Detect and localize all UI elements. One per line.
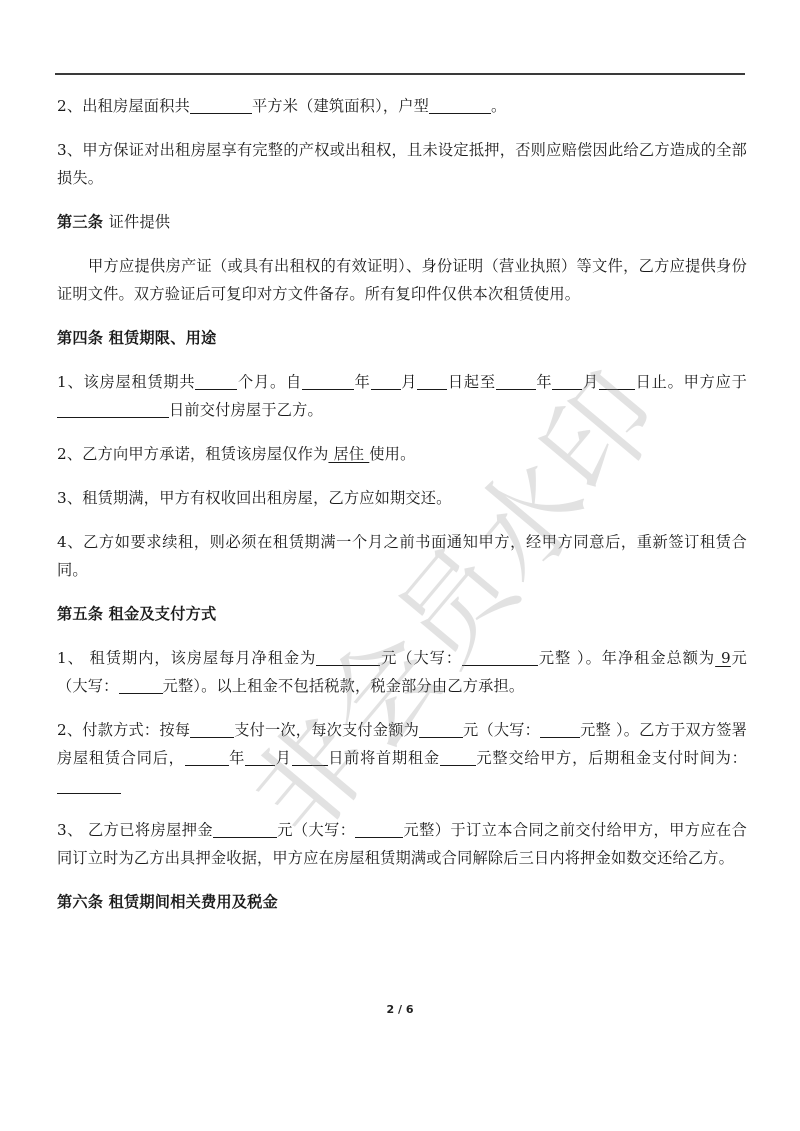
end-day-blank[interactable] bbox=[599, 371, 635, 390]
article4-heading: 第四条 租赁期限、用途 bbox=[57, 324, 747, 352]
start-month-blank[interactable] bbox=[371, 371, 401, 390]
document-page: 2、出租房屋面积共平方米（建筑面积），户型。 3、甲方保证对出租房屋享有完整的产… bbox=[0, 0, 800, 1131]
article6-heading: 第六条 租赁期间相关费用及税金 bbox=[57, 888, 747, 916]
text: 使用。 bbox=[369, 445, 415, 463]
article3-heading: 第三条 证件提供 bbox=[57, 208, 747, 236]
text: 2、出租房屋面积共 bbox=[57, 97, 190, 115]
start-year-blank[interactable] bbox=[302, 371, 354, 390]
article4-item3: 3、租赁期满，甲方有权收回出租房屋，乙方应如期交还。 bbox=[57, 484, 747, 512]
end-month-blank[interactable] bbox=[552, 371, 582, 390]
article4-item2: 2、乙方向甲方承诺，租赁该房屋仅作为 居住 使用。 bbox=[57, 440, 747, 468]
deposit-blank[interactable] bbox=[213, 819, 277, 838]
article4-item1: 1、该房屋租赁期共个月。自年月日起至年月日止。甲方应于日前交付房屋于乙方。 bbox=[57, 368, 747, 424]
text: 元（大写： bbox=[380, 649, 462, 667]
text: 日止。甲方应于 bbox=[635, 373, 747, 391]
text: 日前交付房屋于乙方。 bbox=[169, 401, 323, 419]
first-payment-amount-blank[interactable] bbox=[440, 747, 476, 766]
text: 个月。自 bbox=[237, 373, 302, 391]
text: 1、该房屋租赁期共 bbox=[57, 373, 195, 391]
later-payment-time-blank[interactable] bbox=[57, 775, 121, 794]
text: 日起至 bbox=[447, 373, 496, 391]
article5-item2: 2、付款方式：按每支付一次，每次支付金额为元（大写：元整 ）。乙方于双方签署房屋… bbox=[57, 716, 747, 800]
text: 年 bbox=[354, 373, 371, 391]
page-indicator: 2 / 6 bbox=[0, 1003, 800, 1016]
header-rule bbox=[55, 73, 745, 75]
payment-amount-blank[interactable] bbox=[419, 719, 463, 738]
deposit-words-blank[interactable] bbox=[355, 819, 403, 838]
article5-heading: 第五条 租金及支付方式 bbox=[57, 600, 747, 628]
article3-body: 甲方应提供房产证（或具有出租权的有效证明）、身份证明（营业执照）等文件，乙方应提… bbox=[57, 252, 747, 308]
text: 1、 租赁期内，该房屋每月净租金为 bbox=[57, 649, 316, 667]
article4-item4: 4、乙方如要求续租，则必须在租赁期满一个月之前书面通知甲方，经甲方同意后，重新签… bbox=[57, 528, 747, 584]
article2-item2: 2、出租房屋面积共平方米（建筑面积），户型。 bbox=[57, 92, 747, 120]
text: 月 bbox=[275, 749, 292, 767]
text: 2、乙方向甲方承诺，租赁该房屋仅作为 bbox=[57, 445, 328, 463]
monthly-rent-blank[interactable] bbox=[316, 647, 380, 666]
document-content: 2、出租房屋面积共平方米（建筑面积），户型。 3、甲方保证对出租房屋享有完整的产… bbox=[57, 92, 747, 932]
payment-period-blank[interactable] bbox=[190, 719, 234, 738]
text: 月 bbox=[582, 373, 599, 391]
text: 。 bbox=[491, 97, 506, 115]
text: 元整交给甲方，后期租金支付时间为： bbox=[476, 749, 747, 767]
article-number: 第三条 bbox=[57, 213, 103, 231]
text: 平方米（建筑面积），户型 bbox=[252, 97, 429, 115]
start-day-blank[interactable] bbox=[417, 371, 447, 390]
text: 元（大写： bbox=[277, 821, 355, 839]
area-blank[interactable] bbox=[190, 95, 252, 114]
first-payment-month-blank[interactable] bbox=[245, 747, 275, 766]
text: 年 bbox=[536, 373, 553, 391]
first-payment-year-blank[interactable] bbox=[185, 747, 229, 766]
text: 3、 乙方已将房屋押金 bbox=[57, 821, 213, 839]
layout-type-blank[interactable] bbox=[429, 95, 491, 114]
article-title: 证件提供 bbox=[109, 213, 171, 231]
lease-months-blank[interactable] bbox=[195, 371, 237, 390]
text: 支付一次，每次支付金额为 bbox=[234, 721, 419, 739]
first-payment-day-blank[interactable] bbox=[292, 747, 328, 766]
annual-rent-words-blank[interactable] bbox=[119, 675, 163, 694]
delivery-date-blank[interactable] bbox=[57, 399, 169, 418]
text: 年 bbox=[229, 749, 246, 767]
text: 月 bbox=[401, 373, 418, 391]
text: 元整）。以上租金不包括税款，税金部分由乙方承担。 bbox=[163, 677, 525, 695]
article2-item3: 3、甲方保证对出租房屋享有完整的产权或出租权，且未设定抵押，否则应赔偿因此给乙方… bbox=[57, 136, 747, 192]
end-year-blank[interactable] bbox=[496, 371, 536, 390]
article5-item3: 3、 乙方已将房屋押金元（大写：元整）于订立本合同之前交付给甲方，甲方应在合同订… bbox=[57, 816, 747, 872]
usage-field[interactable]: 居住 bbox=[328, 445, 369, 463]
text: 2、付款方式：按每 bbox=[57, 721, 190, 739]
payment-amount-words-blank[interactable] bbox=[540, 719, 580, 738]
annual-rent-field[interactable]: 9 bbox=[715, 649, 731, 667]
text: 日前将首期租金 bbox=[328, 749, 440, 767]
text: 元（大写： bbox=[463, 721, 540, 739]
monthly-rent-words-blank[interactable] bbox=[462, 647, 538, 666]
text: 元整 ）。年净租金总额为 bbox=[538, 649, 715, 667]
article5-item1: 1、 租赁期内，该房屋每月净租金为元（大写：元整 ）。年净租金总额为 9元（大写… bbox=[57, 644, 747, 700]
